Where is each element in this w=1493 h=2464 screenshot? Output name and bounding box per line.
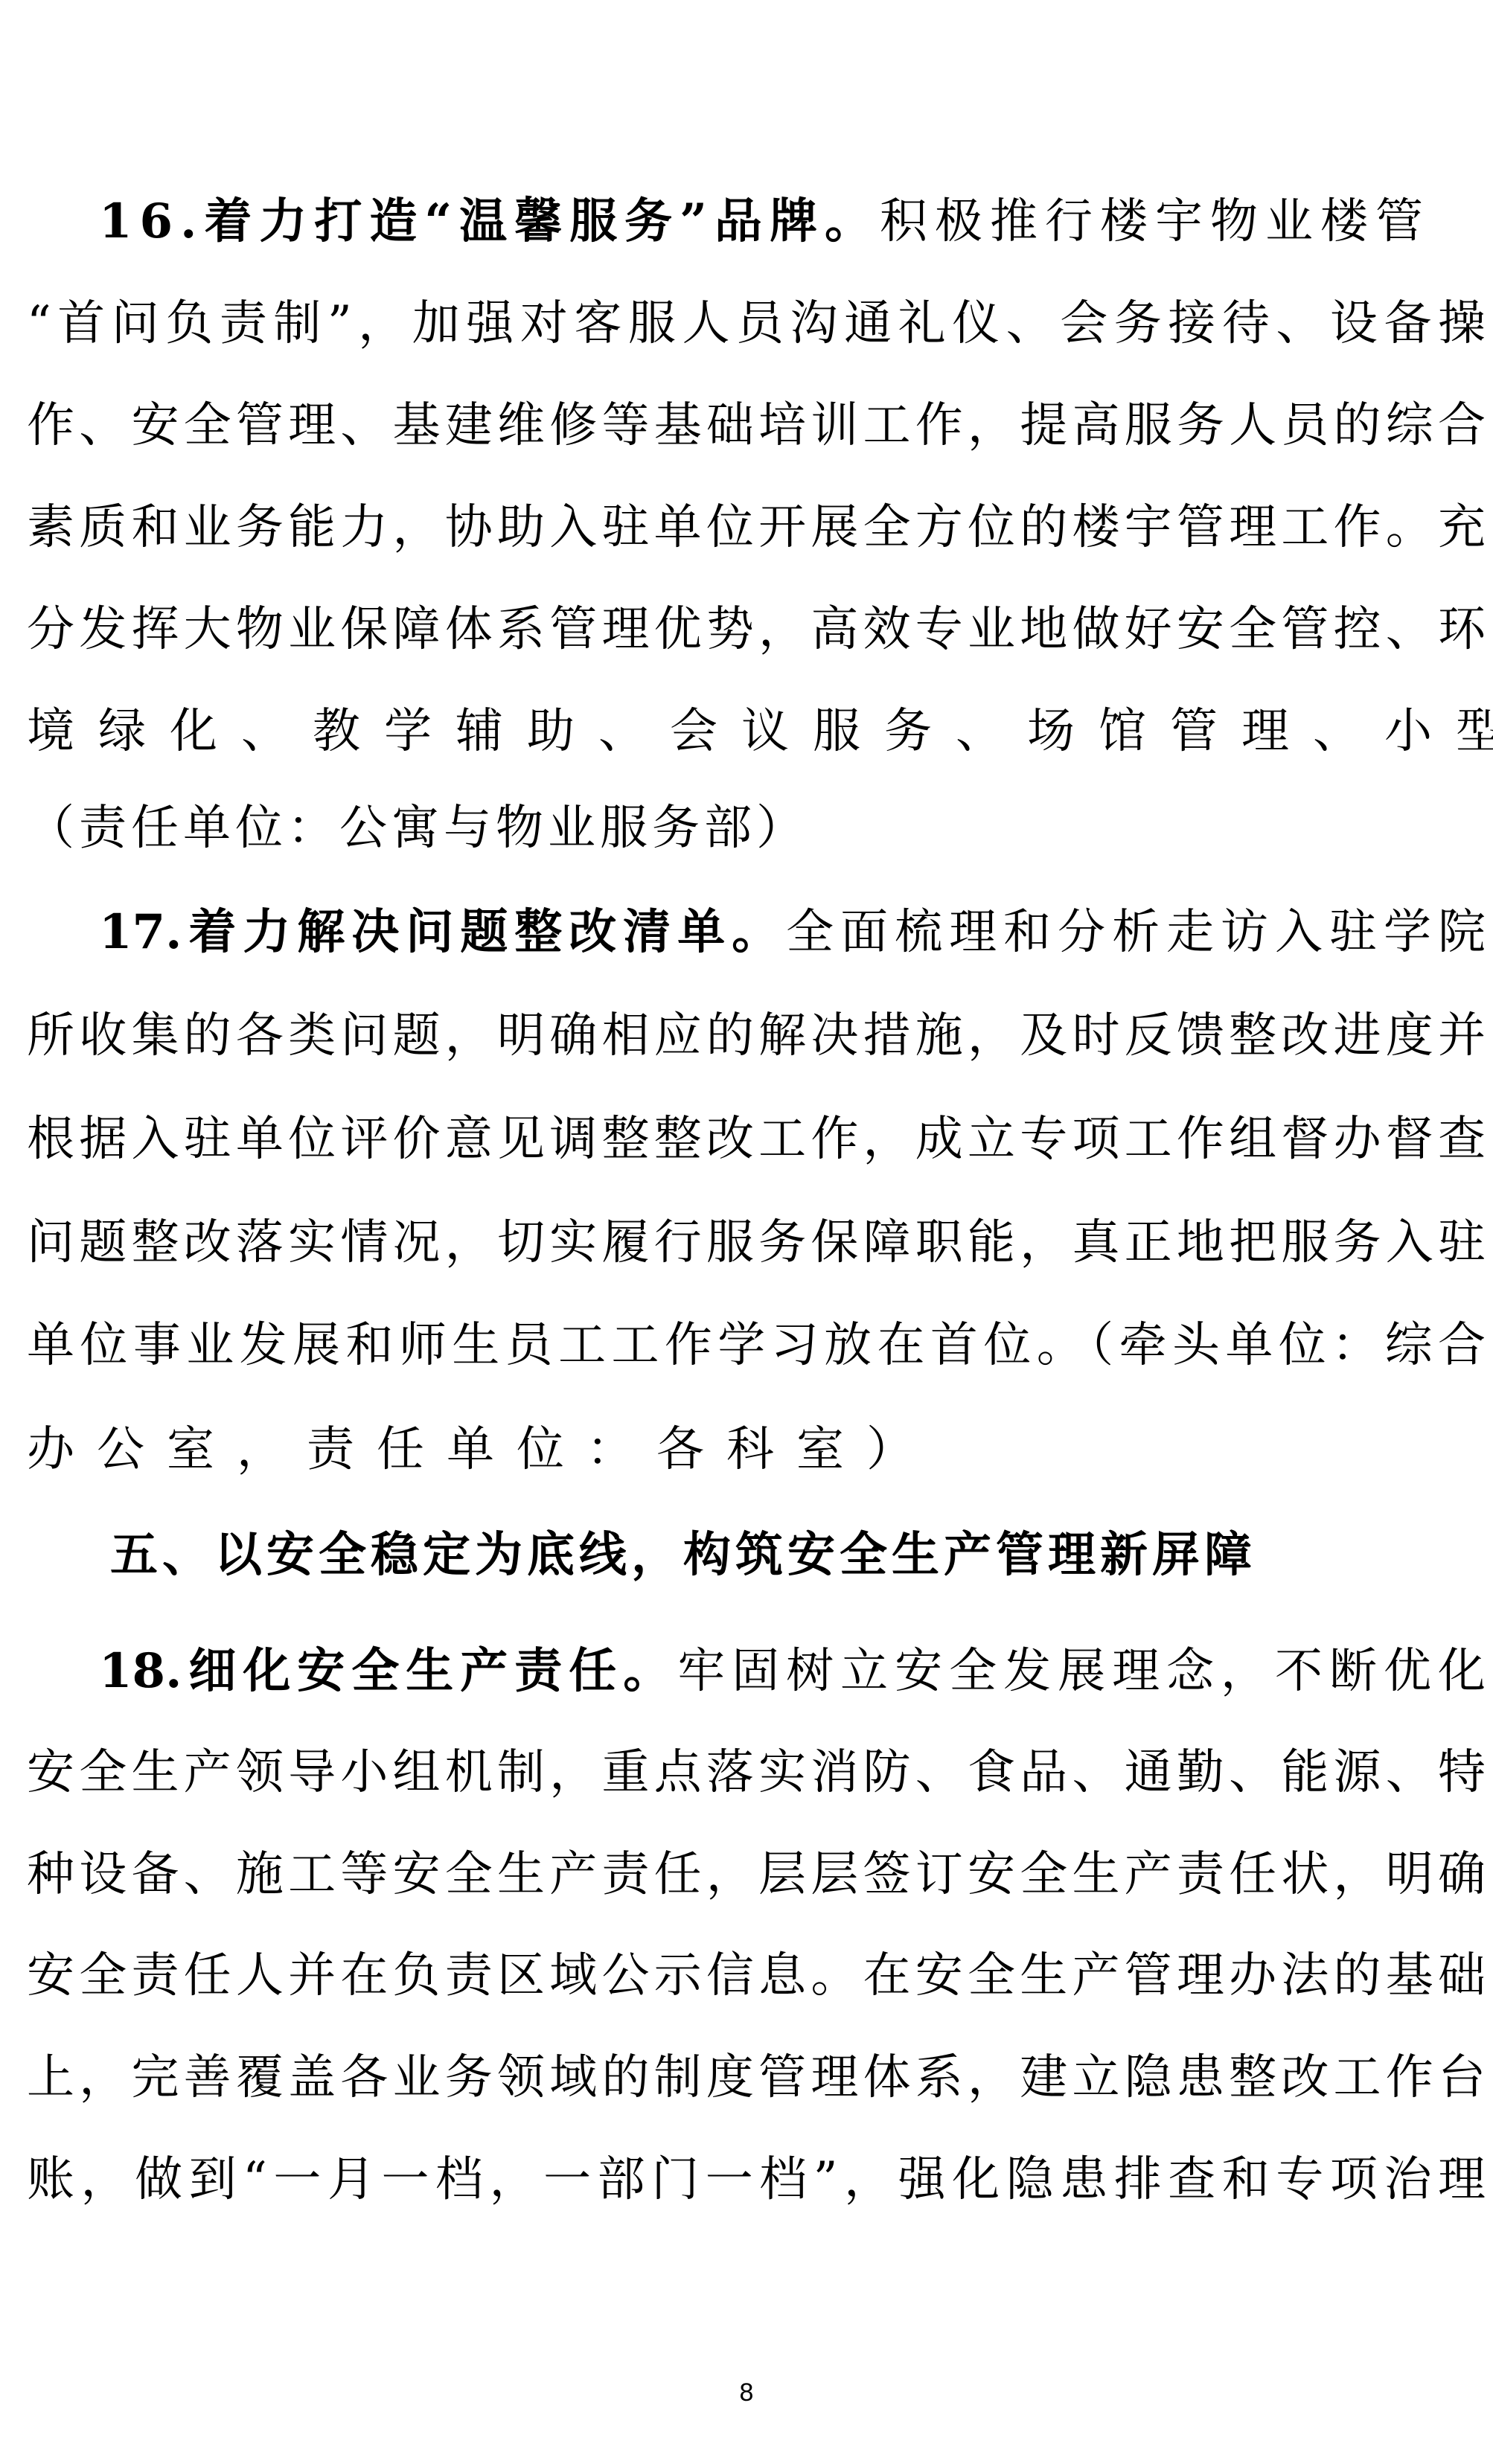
document-page: 16.着力打造“温馨服务”品牌。积极推行楼宇物业楼管 “首问负责制”，加强对客服… — [0, 0, 1493, 2464]
paragraph-16-line-5: 分发挥大物业保障体系管理优势，高效专业地做好安全管控、环 — [27, 592, 1486, 667]
paragraph-18-line-6: 账，做到“一月一档，一部门一档”，强化隐患排查和专项治理 — [27, 2143, 1486, 2217]
paragraph-18-line-5: 上，完善覆盖各业务领域的制度管理体系，建立隐患整改工作台 — [27, 2041, 1486, 2115]
paragraph-17-line-3: 根据入驻单位评价意见调整整改工作，成立专项工作组督办督查 — [27, 1102, 1486, 1177]
paragraph-16-line-3: 作、安全管理、基建维修等基础培训工作，提高服务人员的综合 — [27, 388, 1486, 463]
paragraph-16-line-6: 境绿化、教学辅助、会议服务、场馆管理、小型维修等工作。 — [27, 694, 1486, 769]
paragraph-18-text: 牢固树立安全发展理念，不断优化 — [677, 1644, 1486, 1699]
paragraph-17-line-4: 问题整改落实情况，切实履行服务保障职能，真正地把服务入驻 — [27, 1206, 1486, 1280]
paragraph-18-line-1: 18.细化安全生产责任。牢固树立安全发展理念，不断优化 — [99, 1634, 1486, 1709]
paragraph-16-text: 积极推行楼宇物业楼管 — [880, 194, 1430, 249]
paragraph-16-line-2: “首问负责制”，加强对客服人员沟通礼仪、会务接待、设备操 — [27, 287, 1486, 361]
paragraph-16-line-7-responsible-unit: （责任单位：公寓与物业服务部） — [27, 791, 1486, 865]
section-heading: 五、以安全稳定为底线，构筑安全生产管理新屏障 — [110, 1518, 1256, 1593]
page-number: 8 — [0, 2378, 1493, 2407]
paragraph-16-line-4: 素质和业务能力，协助入驻单位开展全方位的楼宇管理工作。充 — [27, 490, 1486, 565]
paragraph-18-title: 18.细化安全生产责任。 — [99, 1643, 677, 1699]
paragraph-17-line-6-responsible-unit: 办公室，责任单位：各科室） — [27, 1412, 1486, 1487]
paragraph-16-title: 16.着力打造“温馨服务”品牌。 — [99, 193, 880, 249]
paragraph-18-line-2: 安全生产领导小组机制，重点落实消防、食品、通勤、能源、特 — [27, 1735, 1486, 1810]
paragraph-17-line-5: 单位事业发展和师生员工工作学习放在首位。（牵头单位：综合 — [27, 1308, 1486, 1383]
paragraph-17-title: 17.着力解决问题整改清单。 — [99, 904, 786, 960]
paragraph-17-line-2: 所收集的各类问题，明确相应的解决措施，及时反馈整改进度并 — [27, 999, 1486, 1073]
paragraph-16-line-1: 16.着力打造“温馨服务”品牌。积极推行楼宇物业楼管 — [99, 185, 1486, 259]
paragraph-17-text: 全面梳理和分析走访入驻学院 — [786, 905, 1486, 960]
paragraph-18-line-3: 种设备、施工等安全生产责任，层层签订安全生产责任状，明确 — [27, 1837, 1486, 1912]
paragraph-17-line-1: 17.着力解决问题整改清单。全面梳理和分析走访入驻学院 — [99, 895, 1486, 970]
paragraph-18-line-4: 安全责任人并在负责区域公示信息。在安全生产管理办法的基础 — [27, 1939, 1486, 2013]
